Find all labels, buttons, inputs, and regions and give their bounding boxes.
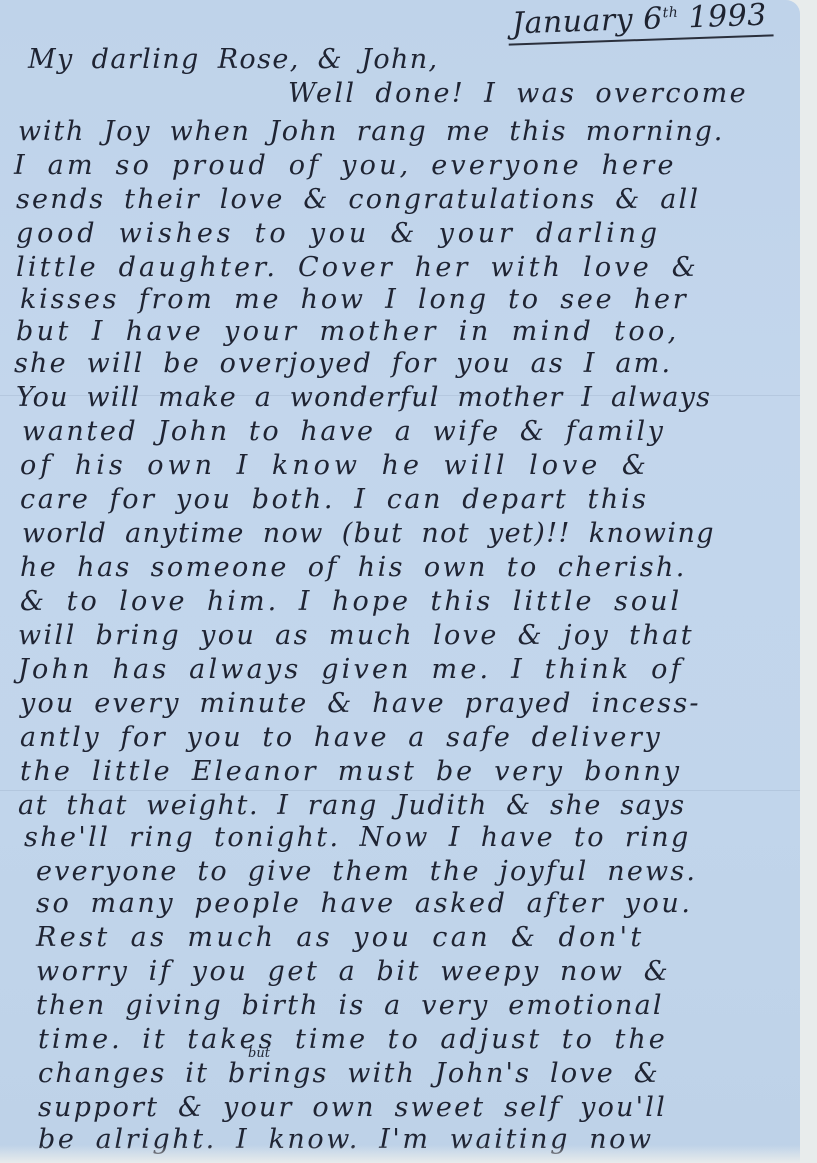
letter-line: John has always given me. I think of [18,654,684,685]
letter-line: she will be overjoyed for you as I am. [14,348,672,379]
letter-line: everyone to give them the joyful news. [36,856,697,887]
letter-line: & to love him. I hope this little soul [20,586,682,617]
letter-line: will bring you as much love & joy that [18,620,694,651]
letter-line: antly for you to have a safe delivery [20,722,662,753]
letter-line: so many people have asked after you. [36,888,693,919]
letter-line: You will make a wonderful mother I alway… [16,382,711,413]
letter-line: Rest as much as you can & don't [36,922,645,953]
letter-line: but I have your mother in mind too, [16,316,680,347]
letter-line: support & your own sweet self you'll [38,1092,667,1123]
letter-line: sends their love & congratulations & all [16,184,700,215]
letter-date: January 6th 1993 [507,0,773,46]
letter-line: of his own I know he will love & [20,450,650,481]
letter-line: Well done! I was overcome [288,78,748,109]
letter-page: January 6th 1993 My darling Rose, & John… [0,0,800,1163]
letter-line: worry if you get a bit weepy now & [36,956,670,987]
letter-line: then giving birth is a very emotional [36,990,664,1021]
interlinear-insertion: but [248,1046,270,1061]
salutation: My darling Rose, & John, [28,44,439,75]
letter-line: world anytime now (but not yet)!! knowin… [22,518,715,549]
date-text: January 6 [511,1,663,41]
letter-line: at that weight. I rang Judith & she says [18,790,686,821]
date-suffix: th [662,5,678,22]
letter-line: with Joy when John rang me this morning. [18,116,724,147]
letter-line: I am so proud of you, everyone here [14,150,677,181]
letter-line: he has someone of his own to cherish. [20,552,687,583]
letter-line: wanted John to have a wife & family [22,416,666,447]
letter-line: the little Eleanor must be very bonny [20,756,682,787]
letter-line: changes it brings with John's love & [38,1058,660,1089]
letter-line: you every minute & have prayed incess- [20,688,701,719]
letter-line: be alright. I know. I'm waiting now [38,1124,654,1155]
letter-line: she'll ring tonight. Now I have to ring [24,822,691,853]
letter-line: time. it takes time to adjust to the [38,1024,668,1055]
letter-line: care for you both. I can depart this [20,484,649,515]
letter-line: good wishes to you & your darling [16,218,661,249]
letter-line: kisses from me how I long to see her [20,284,689,315]
letter-line: little daughter. Cover her with love & [16,252,699,283]
date-year: 1993 [688,0,768,35]
